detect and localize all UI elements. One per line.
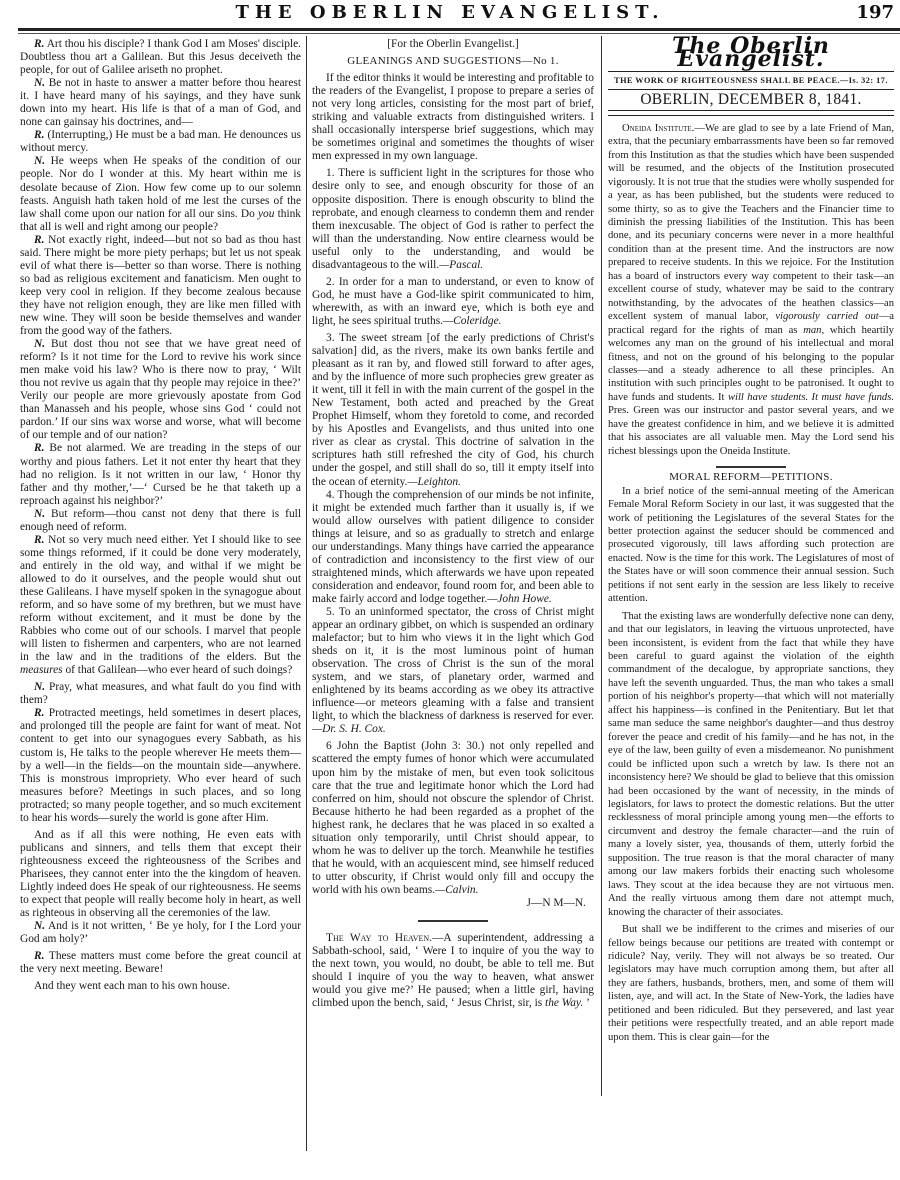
masthead-rule	[18, 28, 900, 31]
article-title: The Way to Heaven.	[326, 932, 432, 944]
dialogue-paragraph: N. But reform—thou canst not deny that t…	[20, 508, 301, 534]
article-title: Oneida Institute.	[622, 123, 694, 134]
dialogue-paragraph: N. But dost thou not see that we have gr…	[20, 338, 301, 442]
column-editorial: The Oberlin Evangelist. THE WORK OF RIGH…	[608, 38, 894, 1044]
section-rule	[716, 466, 786, 468]
newspaper-title: THE OBERLIN EVANGELIST.	[0, 2, 900, 23]
column-divider	[306, 36, 307, 1151]
motto: THE WORK OF RIGHTEOUSNESS SHALL BE PEACE…	[608, 72, 894, 89]
gleaning-item: 6 John the Baptist (John 3: 30.) not onl…	[312, 740, 594, 897]
author-attribution: —Dr. S. H. Cox.	[312, 723, 386, 735]
author-attribution: —Coleridge.	[443, 315, 502, 327]
masthead: THE OBERLIN EVANGELIST. 197	[0, 0, 900, 30]
dialogue-paragraph: And they went each man to his own house.	[20, 980, 301, 993]
dialogue-paragraph: R. (Interrupting,) He must be a bad man.…	[20, 129, 301, 155]
dialogue-paragraph: R. Art thou his disciple? I thank God I …	[20, 38, 301, 77]
gleaning-item: 1. There is sufficient light in the scri…	[312, 167, 594, 271]
dialogue-paragraph: N. And is it not written, ‘ Be ye holy, …	[20, 920, 301, 946]
author-attribution: —Calvin.	[435, 884, 478, 896]
dialogue-paragraph: R. Not so very much need either. Yet I s…	[20, 534, 301, 678]
dialogue-paragraph: R. Be not alarmed. We are treading in th…	[20, 442, 301, 507]
dialogue-paragraph: N. Pray, what measures, and what fault d…	[20, 681, 301, 707]
dialogue-paragraph: R. These matters must come before the gr…	[20, 950, 301, 976]
gleaning-item: 5. To an uninformed spectator, the cross…	[312, 606, 594, 736]
author-attribution: —Leighton.	[407, 476, 460, 488]
gleaning-item: 2. In order for a man to understand, or …	[312, 276, 594, 328]
article-intro: If the editor thinks it would be interes…	[312, 72, 594, 163]
nameplate: The Oberlin Evangelist.	[608, 40, 894, 67]
author-attribution: —Pascal.	[439, 259, 483, 271]
source-note: [For the Oberlin Evangelist.]	[312, 38, 594, 51]
signature: J—N M—N.	[312, 897, 594, 910]
section-rule	[418, 920, 488, 922]
way-to-heaven-article: The Way to Heaven.—A superintendent, add…	[312, 932, 594, 1010]
moral-reform-paragraph: That the existing laws are wonderfully d…	[608, 610, 894, 919]
oneida-article: Oneida Institute.—We are glad to see by …	[608, 122, 894, 458]
column-divider	[601, 36, 602, 1096]
article-heading: GLEANINGS AND SUGGESTIONS—No 1.	[312, 55, 594, 68]
double-rule	[608, 110, 894, 116]
dialogue-paragraph: R. Protracted meetings, held sometimes i…	[20, 707, 301, 824]
article-heading: MORAL REFORM—PETITIONS.	[608, 471, 894, 484]
page-number: 197	[856, 2, 894, 23]
gleaning-item: 4. Though the comprehension of our minds…	[312, 489, 594, 606]
column-gleanings: [For the Oberlin Evangelist.] GLEANINGS …	[312, 38, 594, 1010]
dialogue-paragraph: N. Be not in haste to answer a matter be…	[20, 77, 301, 129]
column-dialogue: R. Art thou his disciple? I thank God I …	[20, 38, 301, 993]
dialogue-paragraph: And as if all this were nothing, He even…	[20, 829, 301, 920]
gleaning-item: 3. The sweet stream [of the early predic…	[312, 332, 594, 489]
moral-reform-paragraph: But shall we be indifferent to the crime…	[608, 923, 894, 1044]
dialogue-paragraph: N. He weeps when He speaks of the condit…	[20, 155, 301, 233]
author-attribution: —John Howe.	[487, 593, 552, 605]
dateline: OBERLIN, DECEMBER 8, 1841.	[608, 90, 894, 109]
dialogue-paragraph: R. Not exactly right, indeed—but not so …	[20, 234, 301, 338]
moral-reform-paragraph: In a brief notice of the semi-annual mee…	[608, 485, 894, 606]
